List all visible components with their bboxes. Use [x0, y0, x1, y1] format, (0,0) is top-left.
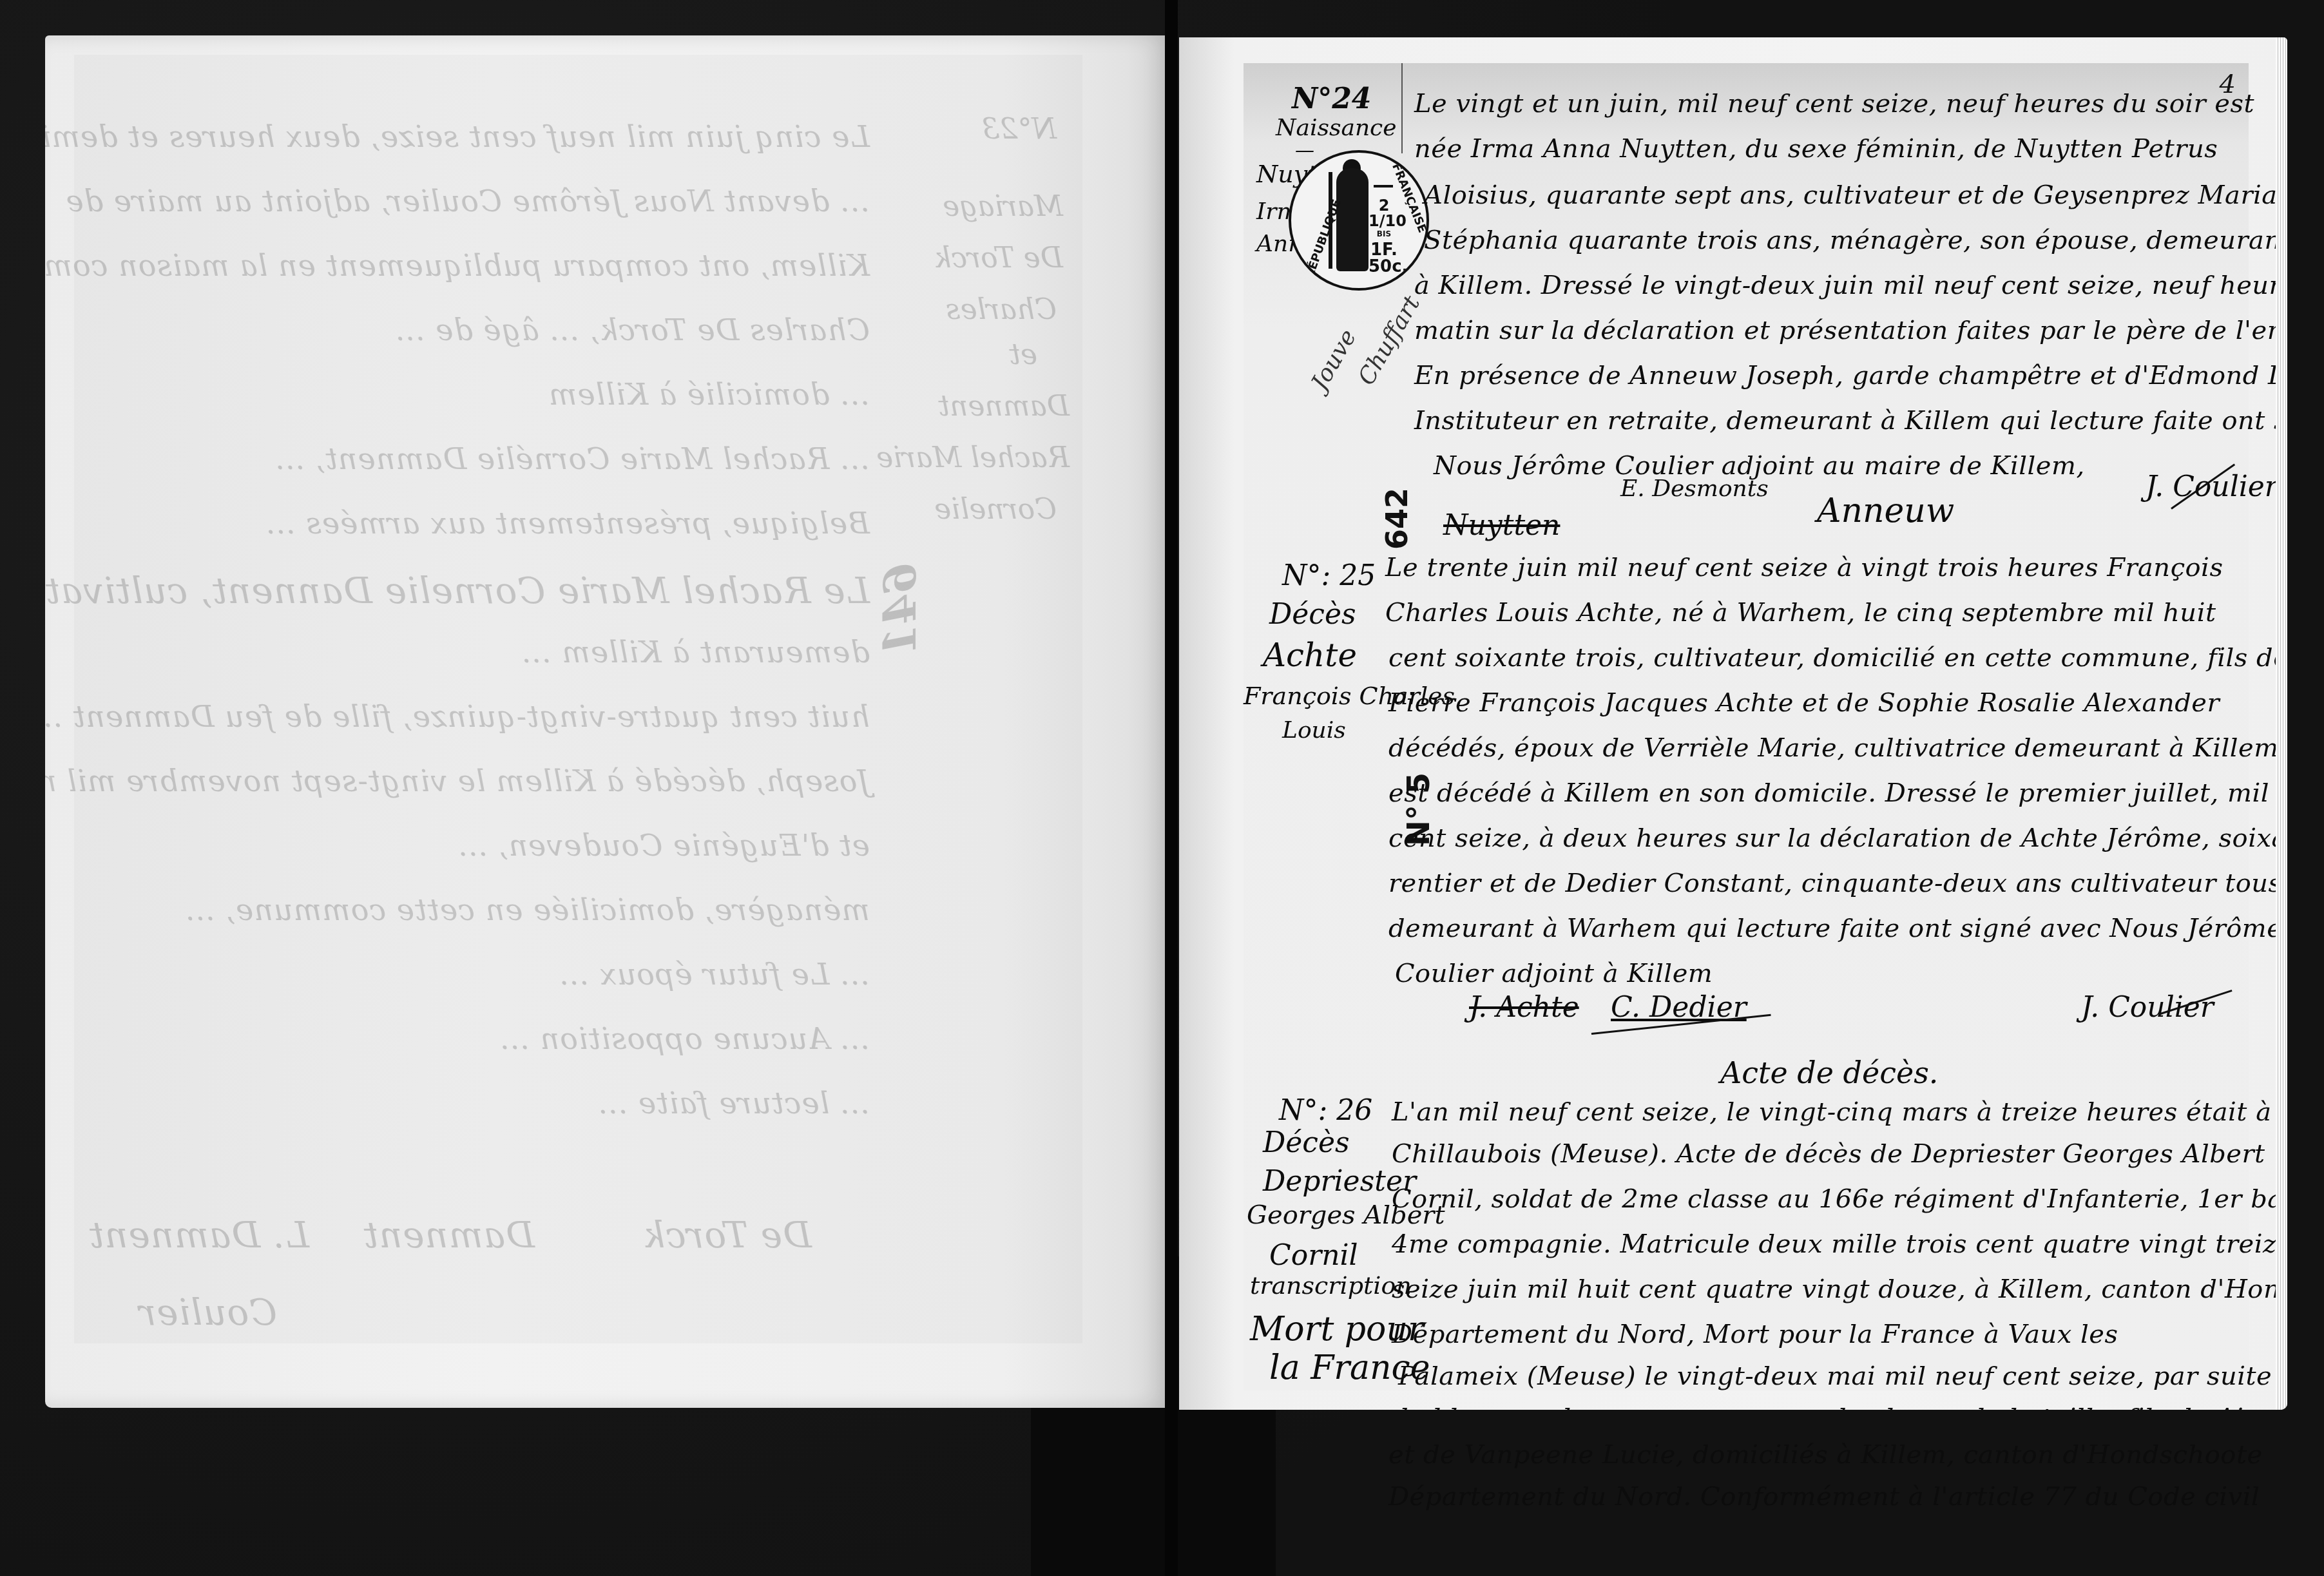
mirror-margin: Charles	[946, 293, 1057, 326]
entry-24-line: matin sur la déclaration et présentation…	[1414, 316, 2287, 345]
signature-anneuw: Anneuw	[1817, 492, 1954, 530]
page-edge-stack	[2276, 37, 2287, 1410]
signature-coulier: J. Coulier	[2081, 991, 2214, 1024]
mirror-line: huit cent quatre-vingt-quinze, fille de …	[45, 699, 870, 734]
entry-26-line: Département du Nord. Conformément à l'ar…	[1388, 1482, 2260, 1512]
mirrored-show-through: N°23 Mariage De Torck Charles et Damnent…	[74, 55, 1082, 1343]
signature-coulier: J. Coulier	[2146, 470, 2278, 503]
mirror-line: Le cinq juin mil neuf cent seize, deux h…	[45, 119, 870, 154]
margin-dash: —	[1295, 139, 1314, 162]
mirror-signature: Damnent	[363, 1215, 535, 1256]
entry-25-surname: Achte	[1263, 637, 1357, 674]
entry-25-line: Charles Louis Achte, né à Warhem, le cin…	[1385, 598, 2216, 628]
stamp-value-bottom: 1F. 50c.	[1368, 242, 1399, 275]
pencil-note: Jouve	[1306, 325, 1361, 395]
entry-26-line: Palameix (Meuse) le vingt-deux mai mil n…	[1398, 1361, 2272, 1391]
entry-25-number: N°: 25	[1282, 559, 1376, 592]
mirror-stamp-number: 641	[873, 562, 927, 657]
entry-24-line: à Killem. Dressé le vingt-deux juin mil …	[1414, 271, 2287, 300]
entry-24-line: En présence de Anneuw Joseph, garde cham…	[1414, 361, 2287, 390]
entry-24-line: Instituteur en retraite, demeurant à Kil…	[1414, 406, 2287, 436]
mirror-line: ... domicilié à Killem	[548, 377, 870, 412]
mirror-margin: Cornelie	[934, 493, 1057, 526]
entry-26-number: N°: 26	[1279, 1094, 1372, 1127]
mirror-line: ... lecture faite ...	[598, 1086, 870, 1120]
mirror-margin: De Torck	[934, 242, 1063, 274]
mirror-signature: De Torck	[642, 1215, 812, 1256]
margin-rule	[1401, 63, 1403, 153]
book-gutter	[1165, 0, 1178, 1576]
entry-25-thirdname: Louis	[1282, 717, 1346, 744]
mirror-line: Le Rachel Marie Cornelie Dannent, cultiv…	[45, 570, 870, 612]
mirror-signature: L. Damnent	[89, 1215, 309, 1256]
entry-24-line: Le vingt et un juin, mil neuf cent seize…	[1414, 89, 2254, 119]
entry-26-line: de blessure de guerre, reçue sur le cham…	[1392, 1403, 2284, 1410]
entry-25-line: est décédé à Killem en son domicile. Dre…	[1388, 778, 2287, 808]
mirror-margin: Rachel Marie	[876, 441, 1070, 474]
signature-nuytten: Nuytten	[1443, 509, 1560, 542]
entry-26-heading: Acte de décès.	[1720, 1055, 1939, 1090]
mirror-margin: et	[1009, 338, 1037, 371]
entry-24-line: née Irma Anna Nuytten, du sexe féminin, …	[1414, 134, 2218, 164]
mirror-line: ... devant Nous Jérôme Coulier, adjoint …	[66, 184, 870, 218]
mirror-margin: Mariage	[943, 190, 1063, 223]
signature-desmonts: E. Desmonts	[1620, 476, 1769, 502]
entry-25-line: demeurant à Warhem qui lecture faite ont…	[1388, 914, 2282, 943]
entry-26-line: Cornil, soldat de 2me classe au 166e rég…	[1392, 1184, 2287, 1214]
entry-24-line: Aloisius, quarante sept ans, cultivateur…	[1424, 180, 2278, 210]
stamp-value-top: 2 1/10	[1368, 198, 1399, 229]
mirror-line: Charles De Torck, ... âgé de ...	[395, 312, 870, 347]
mirror-line: demeurant à Killem ...	[521, 635, 870, 669]
entry-26-line: L'an mil neuf cent seize, le vingt-cinq …	[1392, 1097, 2272, 1127]
mirror-line: et d'Eugénie Coudeven, ...	[457, 828, 870, 863]
entry-25-line: cent seize, à deux heures sur la déclara…	[1388, 823, 2287, 853]
entry-26-type: Décès	[1263, 1126, 1350, 1159]
mirror-line: Killem, ont comparu publiquement en la m…	[45, 248, 870, 283]
entry-25-line: Coulier adjoint à Killem	[1395, 959, 1713, 988]
entry-26-transcription-label: transcription	[1250, 1271, 1412, 1300]
entry-24-line: Stéphania quarante trois ans, ménagère, …	[1424, 226, 2287, 255]
stamp-value: 2 1/10 BIS 1F. 50c.	[1368, 198, 1399, 275]
right-page: 4 N°24 Naissance — Nuytten Irma Anna 2 1…	[1179, 37, 2287, 1410]
revenue-stamp: 2 1/10 BIS 1F. 50c. RÉPUBLIQUE FRANÇAISE	[1289, 150, 1429, 291]
mirror-line: Joseph, décédé à Killem le vingt-sept no…	[45, 764, 870, 798]
entry-25-line: Pierre François Jacques Achte et de Soph…	[1388, 688, 2220, 718]
marianne-figure-icon	[1336, 168, 1368, 271]
entry-26-line: et de Vanpeene Lucie, domiciliés à Kille…	[1388, 1440, 2263, 1470]
entry-25-line: cent soixante trois, cultivateur, domici…	[1388, 643, 2287, 673]
left-page: N°23 Mariage De Torck Charles et Damnent…	[45, 35, 1173, 1408]
mirror-signature: Coulier	[139, 1292, 277, 1334]
entry-25-line: décédés, époux de Verrièle Marie, cultiv…	[1388, 733, 2287, 763]
mirror-line: ... Rachel Marie Cornélie Damnent, ...	[274, 441, 870, 476]
entry-25-line: Le trente juin mil neuf cent seize à vin…	[1385, 553, 2223, 582]
entry-26-thirdname: Cornil	[1269, 1239, 1358, 1272]
entry-25-line: rentier et de Dedier Constant, cinquante…	[1388, 869, 2287, 898]
entry-25-type: Décès	[1269, 598, 1356, 631]
stamp-value-mid: BIS	[1368, 230, 1399, 238]
mirror-line: ... Aucune opposition ...	[499, 1021, 870, 1056]
entry-26-line: 4me compagnie. Matricule deux mille troi…	[1392, 1229, 2287, 1259]
archive-stamp-number: 642	[1379, 488, 1414, 550]
entry-26-line: Chillaubois (Meuse). Acte de décès de De…	[1392, 1139, 2265, 1169]
entry-26-line: Département du Nord, Mort pour la France…	[1392, 1320, 2118, 1349]
entry-26-line: seize juin mil huit cent quatre vingt do…	[1392, 1274, 2287, 1304]
entry-24-number: N°24	[1292, 82, 1371, 115]
mirror-line: Belgique, présentement aux armées ...	[265, 506, 870, 541]
mirror-line: ménagère, domiciliée en cette commune, .…	[185, 892, 870, 927]
left-page-writing-area: N°23 Mariage De Torck Charles et Damnent…	[74, 55, 1082, 1343]
mirror-margin: Damnent	[938, 390, 1070, 423]
register-page-scan: 4 N°24 Naissance — Nuytten Irma Anna 2 1…	[1244, 63, 2249, 1390]
mirror-line: ... Le futur époux ...	[559, 957, 870, 992]
mirror-margin: N°23	[982, 113, 1057, 146]
entry-24-type: Naissance	[1276, 115, 1397, 141]
signature-achte: J. Achte	[1469, 991, 1579, 1024]
